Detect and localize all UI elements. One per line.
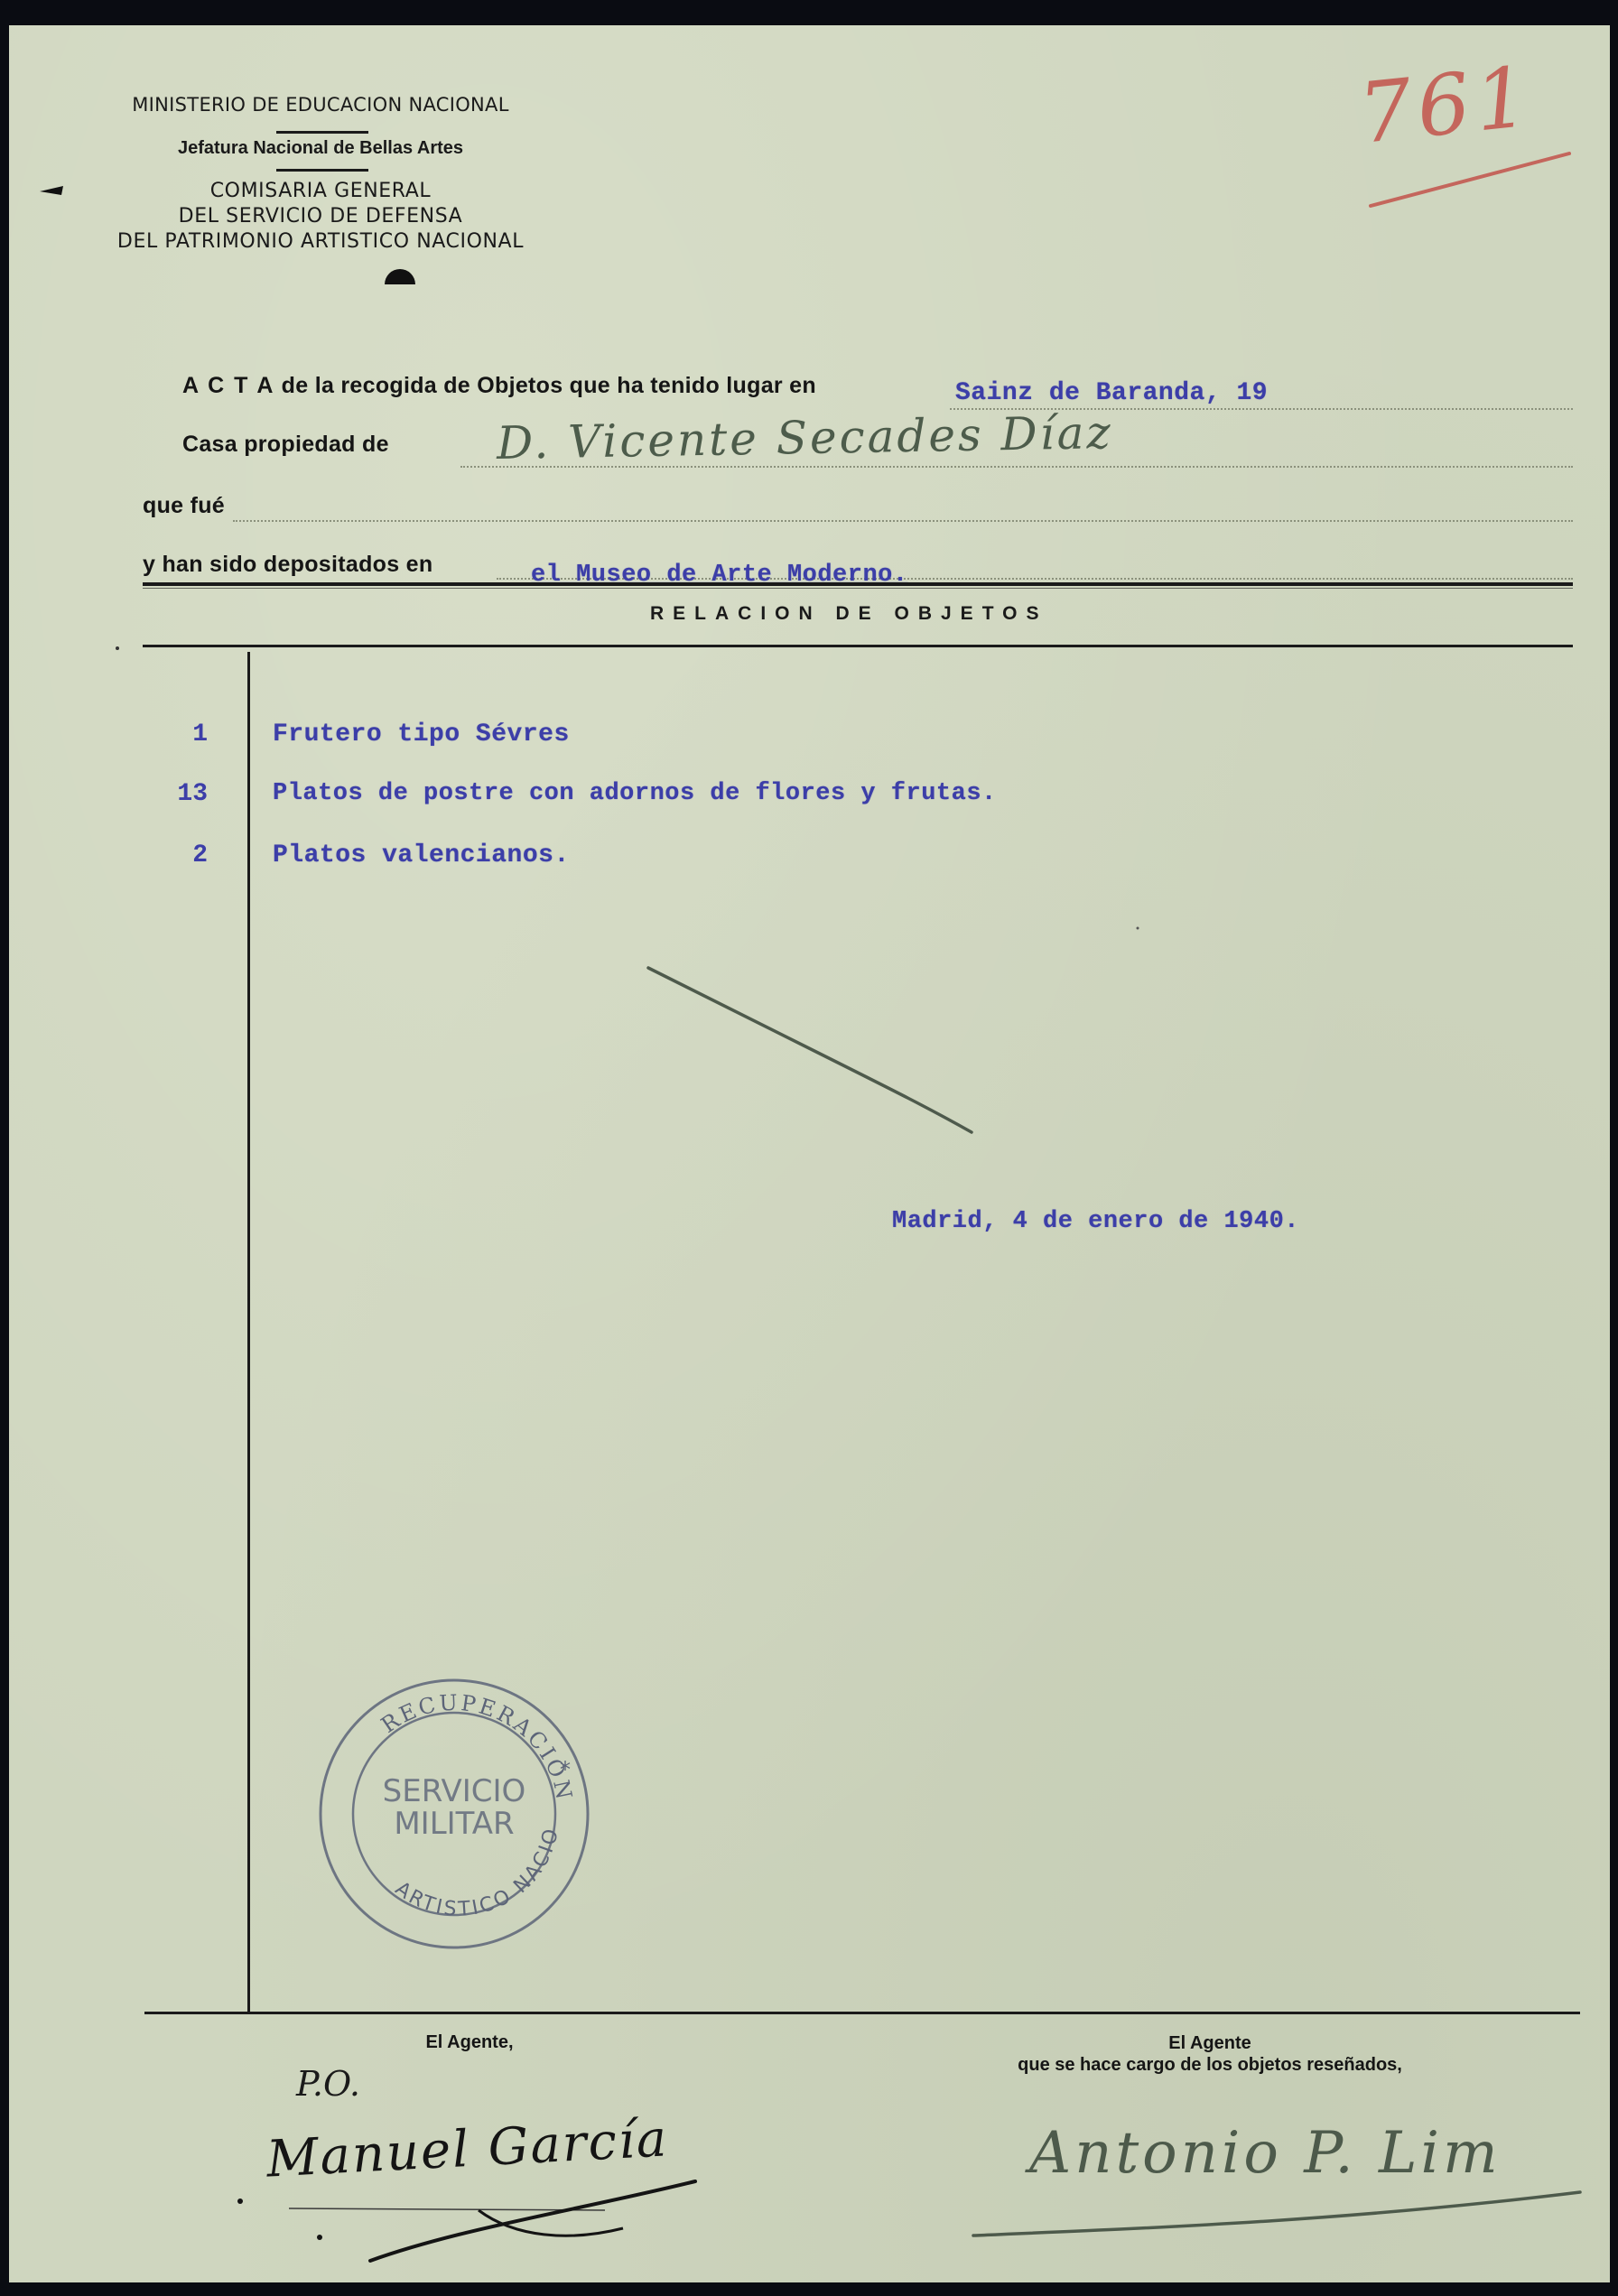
document-page: 761 MINISTERIO DE EDUCACION NACIONAL Jef…: [9, 25, 1610, 2282]
paper-marks: [9, 25, 1610, 2282]
